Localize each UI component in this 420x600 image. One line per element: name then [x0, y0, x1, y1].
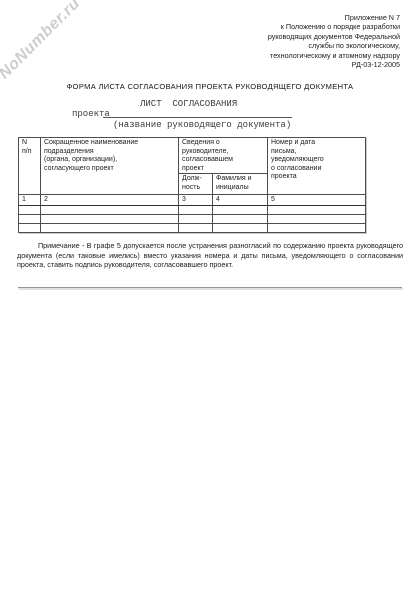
- empty-cell: [41, 205, 179, 214]
- empty-cell: [19, 223, 41, 232]
- empty-cell: [268, 223, 366, 232]
- note-paragraph: Примечание - В графе 5 допускается после…: [17, 241, 403, 270]
- empty-cell: [179, 205, 213, 214]
- header-cell-position: Долж- ность: [179, 174, 213, 195]
- appendix-header-line: службы по экологическому,: [140, 41, 400, 50]
- header-cell-letter-info: Номер и дата письма, уведомляющего о сог…: [268, 138, 366, 195]
- column-number-cell: 4: [213, 195, 268, 206]
- column-number-cell: 3: [179, 195, 213, 206]
- header-cell-fio: Фамилия и инициалы: [213, 174, 268, 195]
- horizontal-rule: [18, 287, 402, 289]
- appendix-header-line: Приложение N 7: [140, 13, 400, 22]
- approval-sheet-heading: ЛИСТ СОГЛАСОВАНИЯ: [140, 99, 237, 109]
- table-header-row-main: N п/п Сокращенное наименование подраздел…: [19, 138, 366, 174]
- empty-cell: [19, 205, 41, 214]
- empty-cell: [213, 223, 268, 232]
- column-number-cell: 5: [268, 195, 366, 206]
- table-empty-row: [19, 223, 366, 232]
- empty-cell: [213, 205, 268, 214]
- blank-line-caption: (название руководящего документа): [113, 120, 291, 130]
- empty-cell: [268, 214, 366, 223]
- approval-table: N п/п Сокращенное наименование подраздел…: [18, 137, 366, 233]
- table-empty-row: [19, 205, 366, 214]
- page-title: ФОРМА ЛИСТА СОГЛАСОВАНИЯ ПРОЕКТА РУКОВОД…: [0, 82, 420, 91]
- empty-cell: [41, 223, 179, 232]
- appendix-header-line: руководящих документов Федеральной: [140, 32, 400, 41]
- appendix-header-line: к Положению о порядке разработки: [140, 22, 400, 31]
- column-number-cell: 1: [19, 195, 41, 206]
- appendix-header-line: РД-03-12-2005: [140, 60, 400, 69]
- header-cell-manager-info-group: Сведения о руководителе, согласовавшем п…: [179, 138, 268, 174]
- empty-cell: [41, 214, 179, 223]
- appendix-header-line: технологическому и атомному надзору: [140, 51, 400, 60]
- header-cell-number: N п/п: [19, 138, 41, 195]
- empty-cell: [213, 214, 268, 223]
- column-numbering-row: 1 2 3 4 5: [19, 195, 366, 206]
- empty-cell: [19, 214, 41, 223]
- table-empty-row: [19, 214, 366, 223]
- empty-cell: [179, 214, 213, 223]
- project-name-blank-line: [103, 117, 292, 119]
- appendix-header: Приложение N 7 к Положению о порядке раз…: [140, 13, 400, 69]
- column-number-cell: 2: [41, 195, 179, 206]
- empty-cell: [179, 223, 213, 232]
- header-cell-department: Сокращенное наименование подразделения (…: [41, 138, 179, 195]
- empty-cell: [268, 205, 366, 214]
- site-watermark: NoNumber.ru: [0, 0, 86, 85]
